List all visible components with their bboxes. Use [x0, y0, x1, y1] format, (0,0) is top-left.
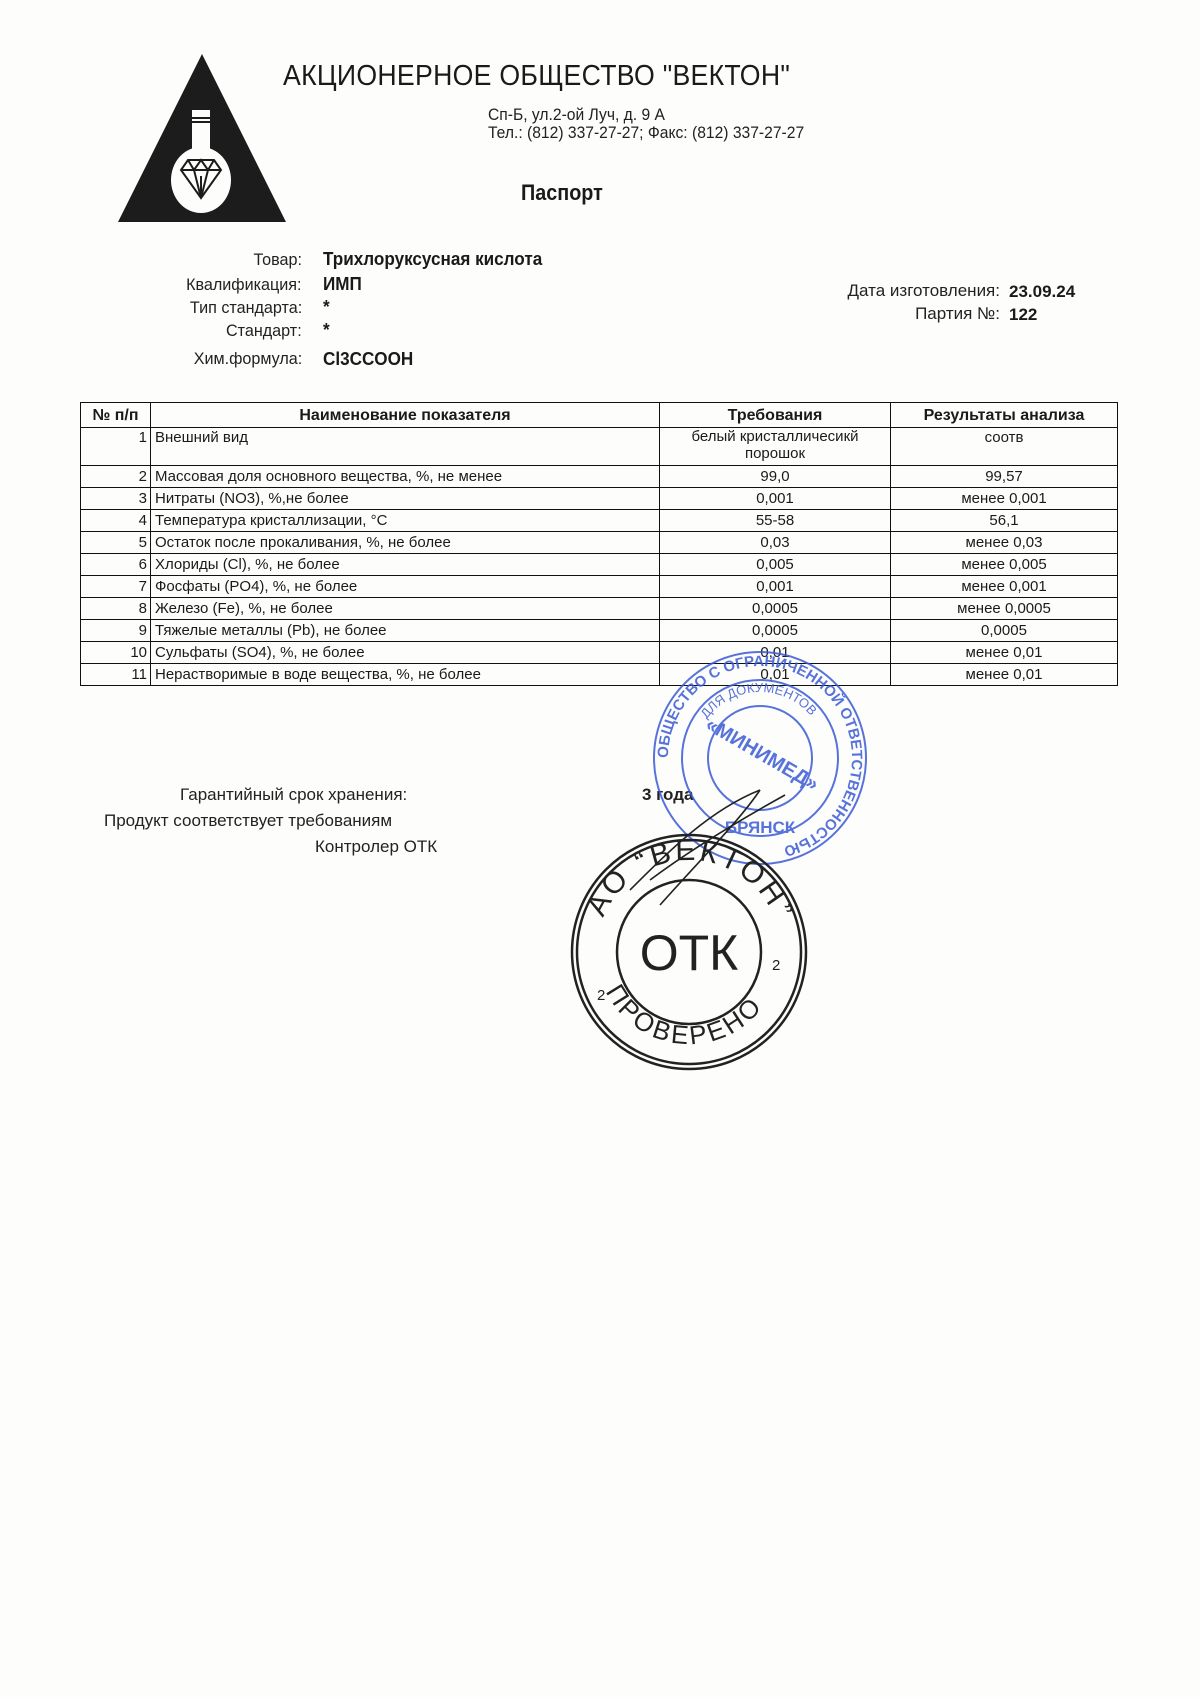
otk-controller-label: Контролер ОТК [315, 837, 437, 857]
analysis-table: № п/п Наименование показателя Требования… [80, 402, 1118, 686]
indicator-name: Железо (Fe), %, не более [151, 598, 660, 620]
result-value: менее 0,001 [891, 488, 1118, 510]
field-label-product: Товар: [254, 250, 302, 270]
table-row: 11Нерастворимые в воде вещества, %, не б… [81, 664, 1118, 686]
requirement-value: 0,001 [660, 488, 891, 510]
company-contacts: Сп-Б, ул.2-ой Луч, д. 9 А Тел.: (812) 33… [488, 106, 804, 142]
result-value: 0,0005 [891, 620, 1118, 642]
indicator-name: Внешний вид [151, 428, 660, 466]
requirement-value: 55-58 [660, 510, 891, 532]
header-name: Наименование показателя [151, 403, 660, 428]
requirement-value: 0,03 [660, 532, 891, 554]
result-value: менее 0,001 [891, 576, 1118, 598]
requirement-value: 0,0005 [660, 598, 891, 620]
indicator-name: Температура кристаллизации, °С [151, 510, 660, 532]
header-results: Результаты анализа [891, 403, 1118, 428]
manufacture-date: 23.09.24 [1009, 282, 1075, 302]
table-row: 7Фосфаты (PO4), %, не более0,001менее 0,… [81, 576, 1118, 598]
row-number: 10 [81, 642, 151, 664]
field-value-qualification: ИМП [323, 274, 362, 295]
indicator-name: Массовая доля основного вещества, %, не … [151, 466, 660, 488]
result-value: менее 0,01 [891, 664, 1118, 686]
field-label-standard-type: Тип стандарта: [190, 298, 302, 318]
compliance-statement: Продукт соответствует требованиям [104, 811, 392, 831]
row-number: 7 [81, 576, 151, 598]
triangle-flask-diamond-logo [116, 52, 288, 224]
indicator-name: Остаток после прокаливания, %, не более [151, 532, 660, 554]
requirement-value: 99,0 [660, 466, 891, 488]
signature-icon [620, 770, 800, 910]
table-header-row: № п/п Наименование показателя Требования… [81, 403, 1118, 428]
indicator-name: Нитраты (NO3), %,не более [151, 488, 660, 510]
row-number: 3 [81, 488, 151, 510]
otk-stamp-bottom-text: ПРОВЕРЕНО [600, 979, 769, 1051]
result-value: менее 0,005 [891, 554, 1118, 576]
table-row: 9Тяжелые металлы (Pb), не более0,00050,0… [81, 620, 1118, 642]
requirement-value: 0,0005 [660, 620, 891, 642]
address: Сп-Б, ул.2-ой Луч, д. 9 А [488, 106, 804, 124]
field-value-standard: * [323, 320, 330, 341]
row-number: 11 [81, 664, 151, 686]
otk-stamp-number-left: 2 [597, 987, 605, 1004]
table-row: 5Остаток после прокаливания, %, не более… [81, 532, 1118, 554]
field-value-formula: Cl3CCOOH [323, 349, 413, 370]
row-number: 6 [81, 554, 151, 576]
batch-label: Партия №: [915, 304, 1000, 324]
header-num: № п/п [81, 403, 151, 428]
result-value: менее 0,01 [891, 642, 1118, 664]
manufacture-date-label: Дата изготовления: [848, 281, 1000, 301]
indicator-name: Сульфаты (SO4), %, не более [151, 642, 660, 664]
result-value: менее 0,03 [891, 532, 1118, 554]
table-row: 3Нитраты (NO3), %,не более0,001менее 0,0… [81, 488, 1118, 510]
batch-number: 122 [1009, 305, 1037, 325]
row-number: 2 [81, 466, 151, 488]
field-value-standard-type: * [323, 297, 330, 318]
field-label-standard: Стандарт: [226, 321, 302, 341]
indicator-name: Фосфаты (PO4), %, не более [151, 576, 660, 598]
result-value: 99,57 [891, 466, 1118, 488]
row-number: 4 [81, 510, 151, 532]
requirement-value: белый кристалличесикй порошок [660, 428, 891, 466]
table-row: 8Железо (Fe), %, не более0,0005менее 0,0… [81, 598, 1118, 620]
header-requirements: Требования [660, 403, 891, 428]
field-label-qualification: Квалификация: [187, 275, 302, 295]
table-row: 1Внешний видбелый кристалличесикй порошо… [81, 428, 1118, 466]
indicator-name: Хлориды (Cl), %, не более [151, 554, 660, 576]
result-value: менее 0,0005 [891, 598, 1118, 620]
table-row: 2Массовая доля основного вещества, %, не… [81, 466, 1118, 488]
table-row: 6Хлориды (Cl), %, не более0,005менее 0,0… [81, 554, 1118, 576]
otk-stamp-number-right: 2 [772, 957, 780, 974]
indicator-name: Нерастворимые в воде вещества, %, не бол… [151, 664, 660, 686]
requirement-value: 0,005 [660, 554, 891, 576]
document-title: Паспорт [521, 180, 603, 206]
field-label-formula: Хим.формула: [193, 349, 302, 369]
row-number: 8 [81, 598, 151, 620]
result-value: 56,1 [891, 510, 1118, 532]
row-number: 1 [81, 428, 151, 466]
svg-text:ПРОВЕРЕНО: ПРОВЕРЕНО [600, 979, 769, 1051]
otk-stamp-center: ОТК [640, 925, 739, 981]
table-row: 10Сульфаты (SO4), %, не более0,01менее 0… [81, 642, 1118, 664]
table-row: 4Температура кристаллизации, °С55-5856,1 [81, 510, 1118, 532]
indicator-name: Тяжелые металлы (Pb), не более [151, 620, 660, 642]
company-name: АКЦИОНЕРНОЕ ОБЩЕСТВО "ВЕКТОН" [283, 60, 790, 93]
phone-fax: Тел.: (812) 337-27-27; Факс: (812) 337-2… [488, 124, 804, 142]
row-number: 9 [81, 620, 151, 642]
result-value: соотв [891, 428, 1118, 466]
shelf-life-label: Гарантийный срок хранения: [180, 785, 407, 805]
row-number: 5 [81, 532, 151, 554]
field-value-product: Трихлоруксусная кислота [323, 249, 542, 270]
requirement-value: 0,001 [660, 576, 891, 598]
